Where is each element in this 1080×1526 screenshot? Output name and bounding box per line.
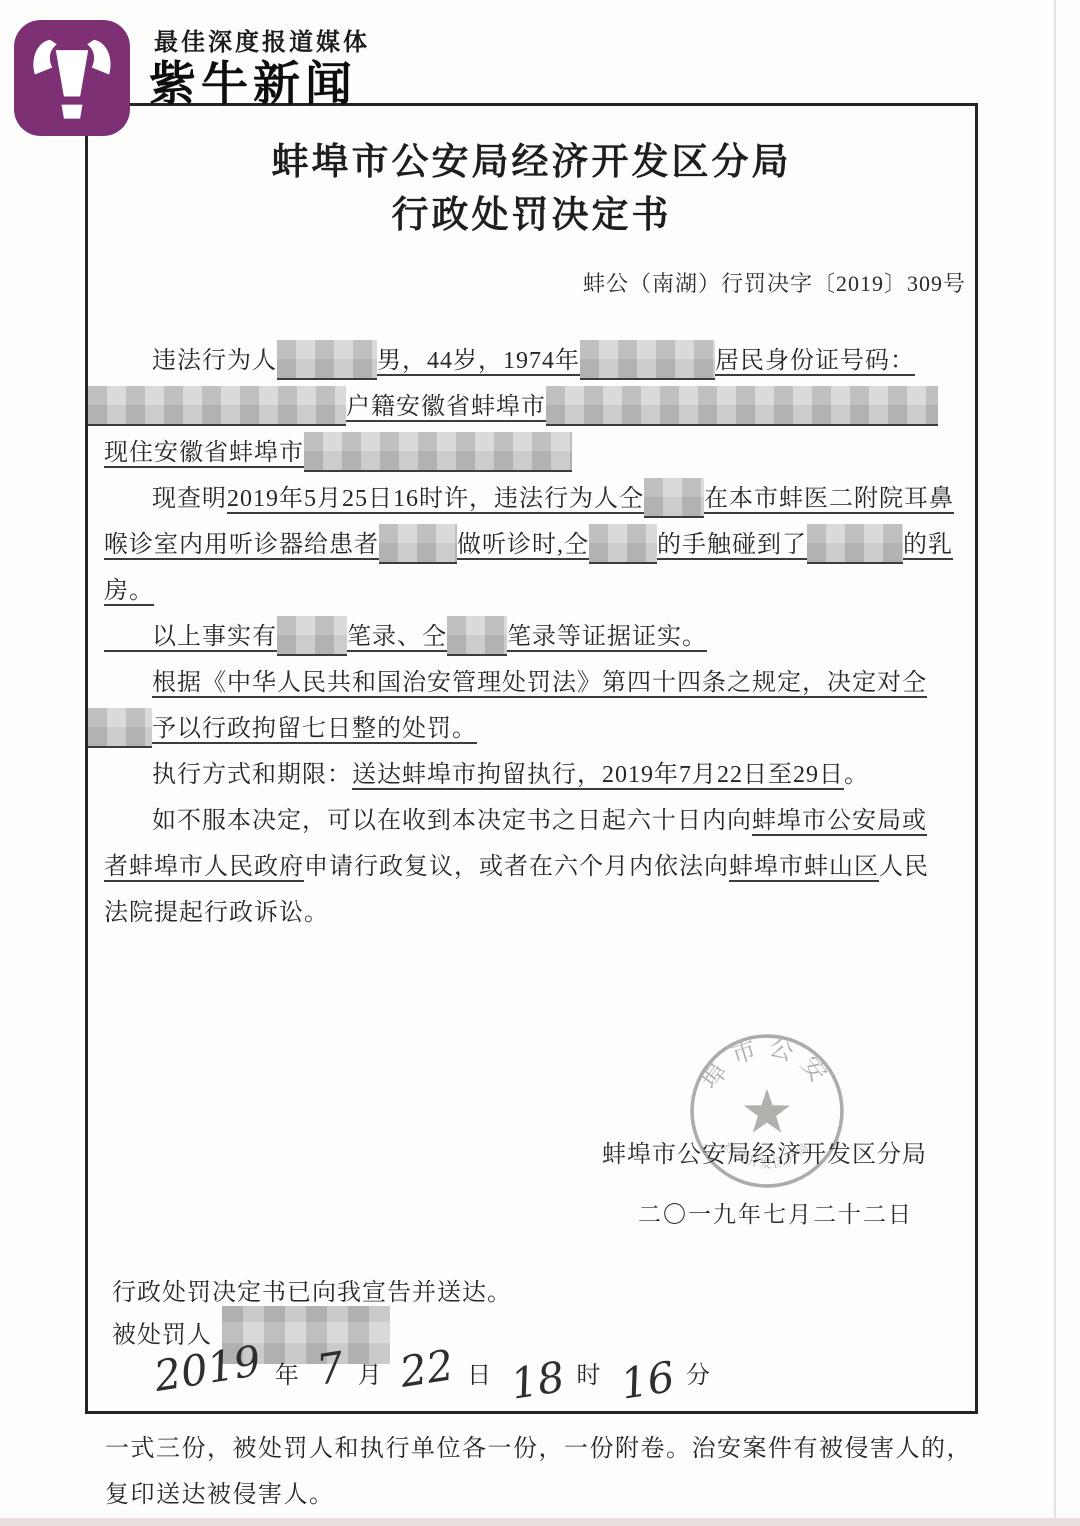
text-segment: 房。 xyxy=(104,578,154,606)
doc-line: 者蚌埠市人民政府申请行政复议，或者在六个月内依法向蚌埠市蚌山区人民 xyxy=(104,844,959,890)
doc-line: 现查明2019年5月25日16时许，违法行为人仝在本市蚌医二附院耳鼻 xyxy=(104,476,959,522)
text-segment: 送达蚌埠市拘留执行，2019年7月22日至29日 xyxy=(352,762,844,790)
text-segment: 的手触碰到了 xyxy=(657,532,807,560)
redaction-mosaic xyxy=(88,708,152,748)
text-segment: 者蚌埠市人民政府 xyxy=(104,854,304,882)
text-segment: 在本市蚌医二附院耳鼻 xyxy=(704,486,954,514)
printed-date-label: 日 xyxy=(467,1355,491,1390)
redaction-mosaic xyxy=(88,386,346,426)
seal-ring-text: 蚌埠市公安局 xyxy=(688,1032,837,1095)
redaction-mosaic xyxy=(277,616,347,656)
text-segment: 蚌埠市公安局或 xyxy=(752,808,927,836)
doc-line: 法院提起行政诉讼。 xyxy=(104,890,959,936)
ziniu-logo xyxy=(14,20,130,136)
redaction-mosaic xyxy=(589,524,657,564)
doc-line: 如不服本决定，可以在收到本决定书之日起六十日内向蚌埠市公安局或 xyxy=(104,798,959,844)
issuer-name: 蚌埠市公安局经济开发区分局 xyxy=(602,1134,927,1169)
text-segment: 申请行政复议，或者在六个月内依法向 xyxy=(304,854,729,880)
doc-line: 以上事实有笔录、仝笔录等证据证实。 xyxy=(104,614,959,660)
text-segment: 蚌埠市蚌山区 xyxy=(729,854,879,882)
text-segment: 如不服本决定，可以在收到本决定书之日起六十日内向 xyxy=(104,808,752,834)
text-segment: 居民身份证号码： xyxy=(715,348,915,376)
text-segment: 法院提起行政诉讼。 xyxy=(104,900,329,926)
scan-edge-line xyxy=(1054,0,1056,1526)
printed-date-label: 月 xyxy=(358,1355,382,1390)
seal-star-icon xyxy=(744,1089,790,1133)
svg-text:蚌埠市公安局: 蚌埠市公安局 xyxy=(688,1032,837,1095)
document-body: 违法行为人男，44岁，1974年居民身份证号码：户籍安徽省蚌埠市现住安徽省蚌埠市… xyxy=(88,338,975,936)
doc-number: 蚌公（南湖）行罚决字〔2019〕309号 xyxy=(85,267,966,298)
handwritten-value: 7 xyxy=(313,1342,347,1395)
text-segment: 做听诊时,仝 xyxy=(457,532,589,560)
text-segment: 现住安徽省蚌埠市 xyxy=(104,440,304,468)
redaction-mosaic xyxy=(807,524,903,564)
redaction-mosaic xyxy=(546,386,938,426)
text-segment: 2019年5月25日16时许，违法行为人仝 xyxy=(227,486,644,514)
doc-line: 予以行政拘留七日整的处罚。 xyxy=(104,706,959,752)
text-segment: 予以行政拘留七日整的处罚。 xyxy=(152,716,477,744)
doc-line: 执行方式和期限：送达蚌埠市拘留执行，2019年7月22日至29日。 xyxy=(104,752,959,798)
doc-line: 户籍安徽省蚌埠市 xyxy=(104,384,959,430)
scan-bottom-strip xyxy=(0,1518,1080,1526)
text-segment: 执行方式和期限： xyxy=(104,762,352,788)
issue-date: 二〇一九年七月二十二日 xyxy=(638,1196,913,1229)
handwritten-value: 18 xyxy=(507,1352,567,1409)
handwritten-value: 22 xyxy=(396,1340,456,1397)
text-segment: 违法行为人 xyxy=(104,348,277,374)
text-segment: 。 xyxy=(844,762,869,788)
redaction-mosaic xyxy=(277,340,377,380)
text-segment: 笔录、仝 xyxy=(347,624,447,652)
doc-line: 房。 xyxy=(104,568,959,614)
redaction-mosaic xyxy=(644,478,704,518)
doc-title-line2: 行政处罚决定书 xyxy=(85,184,978,238)
text-segment: 喉诊室内用听诊器给患者 xyxy=(104,532,379,560)
doc-line: 违法行为人男，44岁，1974年居民身份证号码： xyxy=(104,338,959,384)
doc-title-line1: 蚌埠市公安局经济开发区分局 xyxy=(85,131,978,185)
doc-line: 喉诊室内用听诊器给患者做听诊时,仝的手触碰到了的乳 xyxy=(104,522,959,568)
brand-name: 紫牛新闻 xyxy=(149,47,357,114)
handwritten-value: 2019 xyxy=(151,1336,264,1401)
service-statement: 行政处罚决定书已向我宣告并送达。 xyxy=(112,1272,512,1307)
footer-note-line1: 一式三份，被处罚人和执行单位各一份，一份附卷。治安案件有被侵害人的， xyxy=(105,1428,972,1463)
printed-date-label: 分 xyxy=(686,1355,710,1390)
redaction-mosaic xyxy=(580,340,715,380)
text-segment: 的乳 xyxy=(903,532,953,560)
doc-line: 现住安徽省蚌埠市 xyxy=(104,430,959,476)
text-segment: 根据《中华人民共和国治安管理处罚法》第四十四条之规定，决定对仝 xyxy=(152,670,927,698)
redaction-mosaic xyxy=(447,616,507,656)
doc-line: 根据《中华人民共和国治安管理处罚法》第四十四条之规定，决定对仝 xyxy=(104,660,959,706)
redaction-mosaic xyxy=(304,432,572,472)
text-segment: 人民 xyxy=(879,854,929,880)
printed-date-label: 年 xyxy=(275,1355,299,1390)
redaction-mosaic xyxy=(379,524,457,564)
text-segment: 以上事实有 xyxy=(104,624,277,652)
text-segment: 户籍安徽省蚌埠市 xyxy=(346,394,546,422)
text-segment xyxy=(104,670,152,696)
footer-note-line2: 复印送达被侵害人。 xyxy=(105,1474,335,1509)
text-segment: 笔录等证据证实。 xyxy=(507,624,707,652)
printed-date-label: 时 xyxy=(577,1355,601,1390)
handwritten-value: 16 xyxy=(617,1352,677,1409)
text-segment: 现查明 xyxy=(104,486,227,512)
datetime-row: 2019年7月22日18时16分 xyxy=(150,1344,724,1408)
text-segment: 男，44岁，1974年 xyxy=(377,348,580,376)
